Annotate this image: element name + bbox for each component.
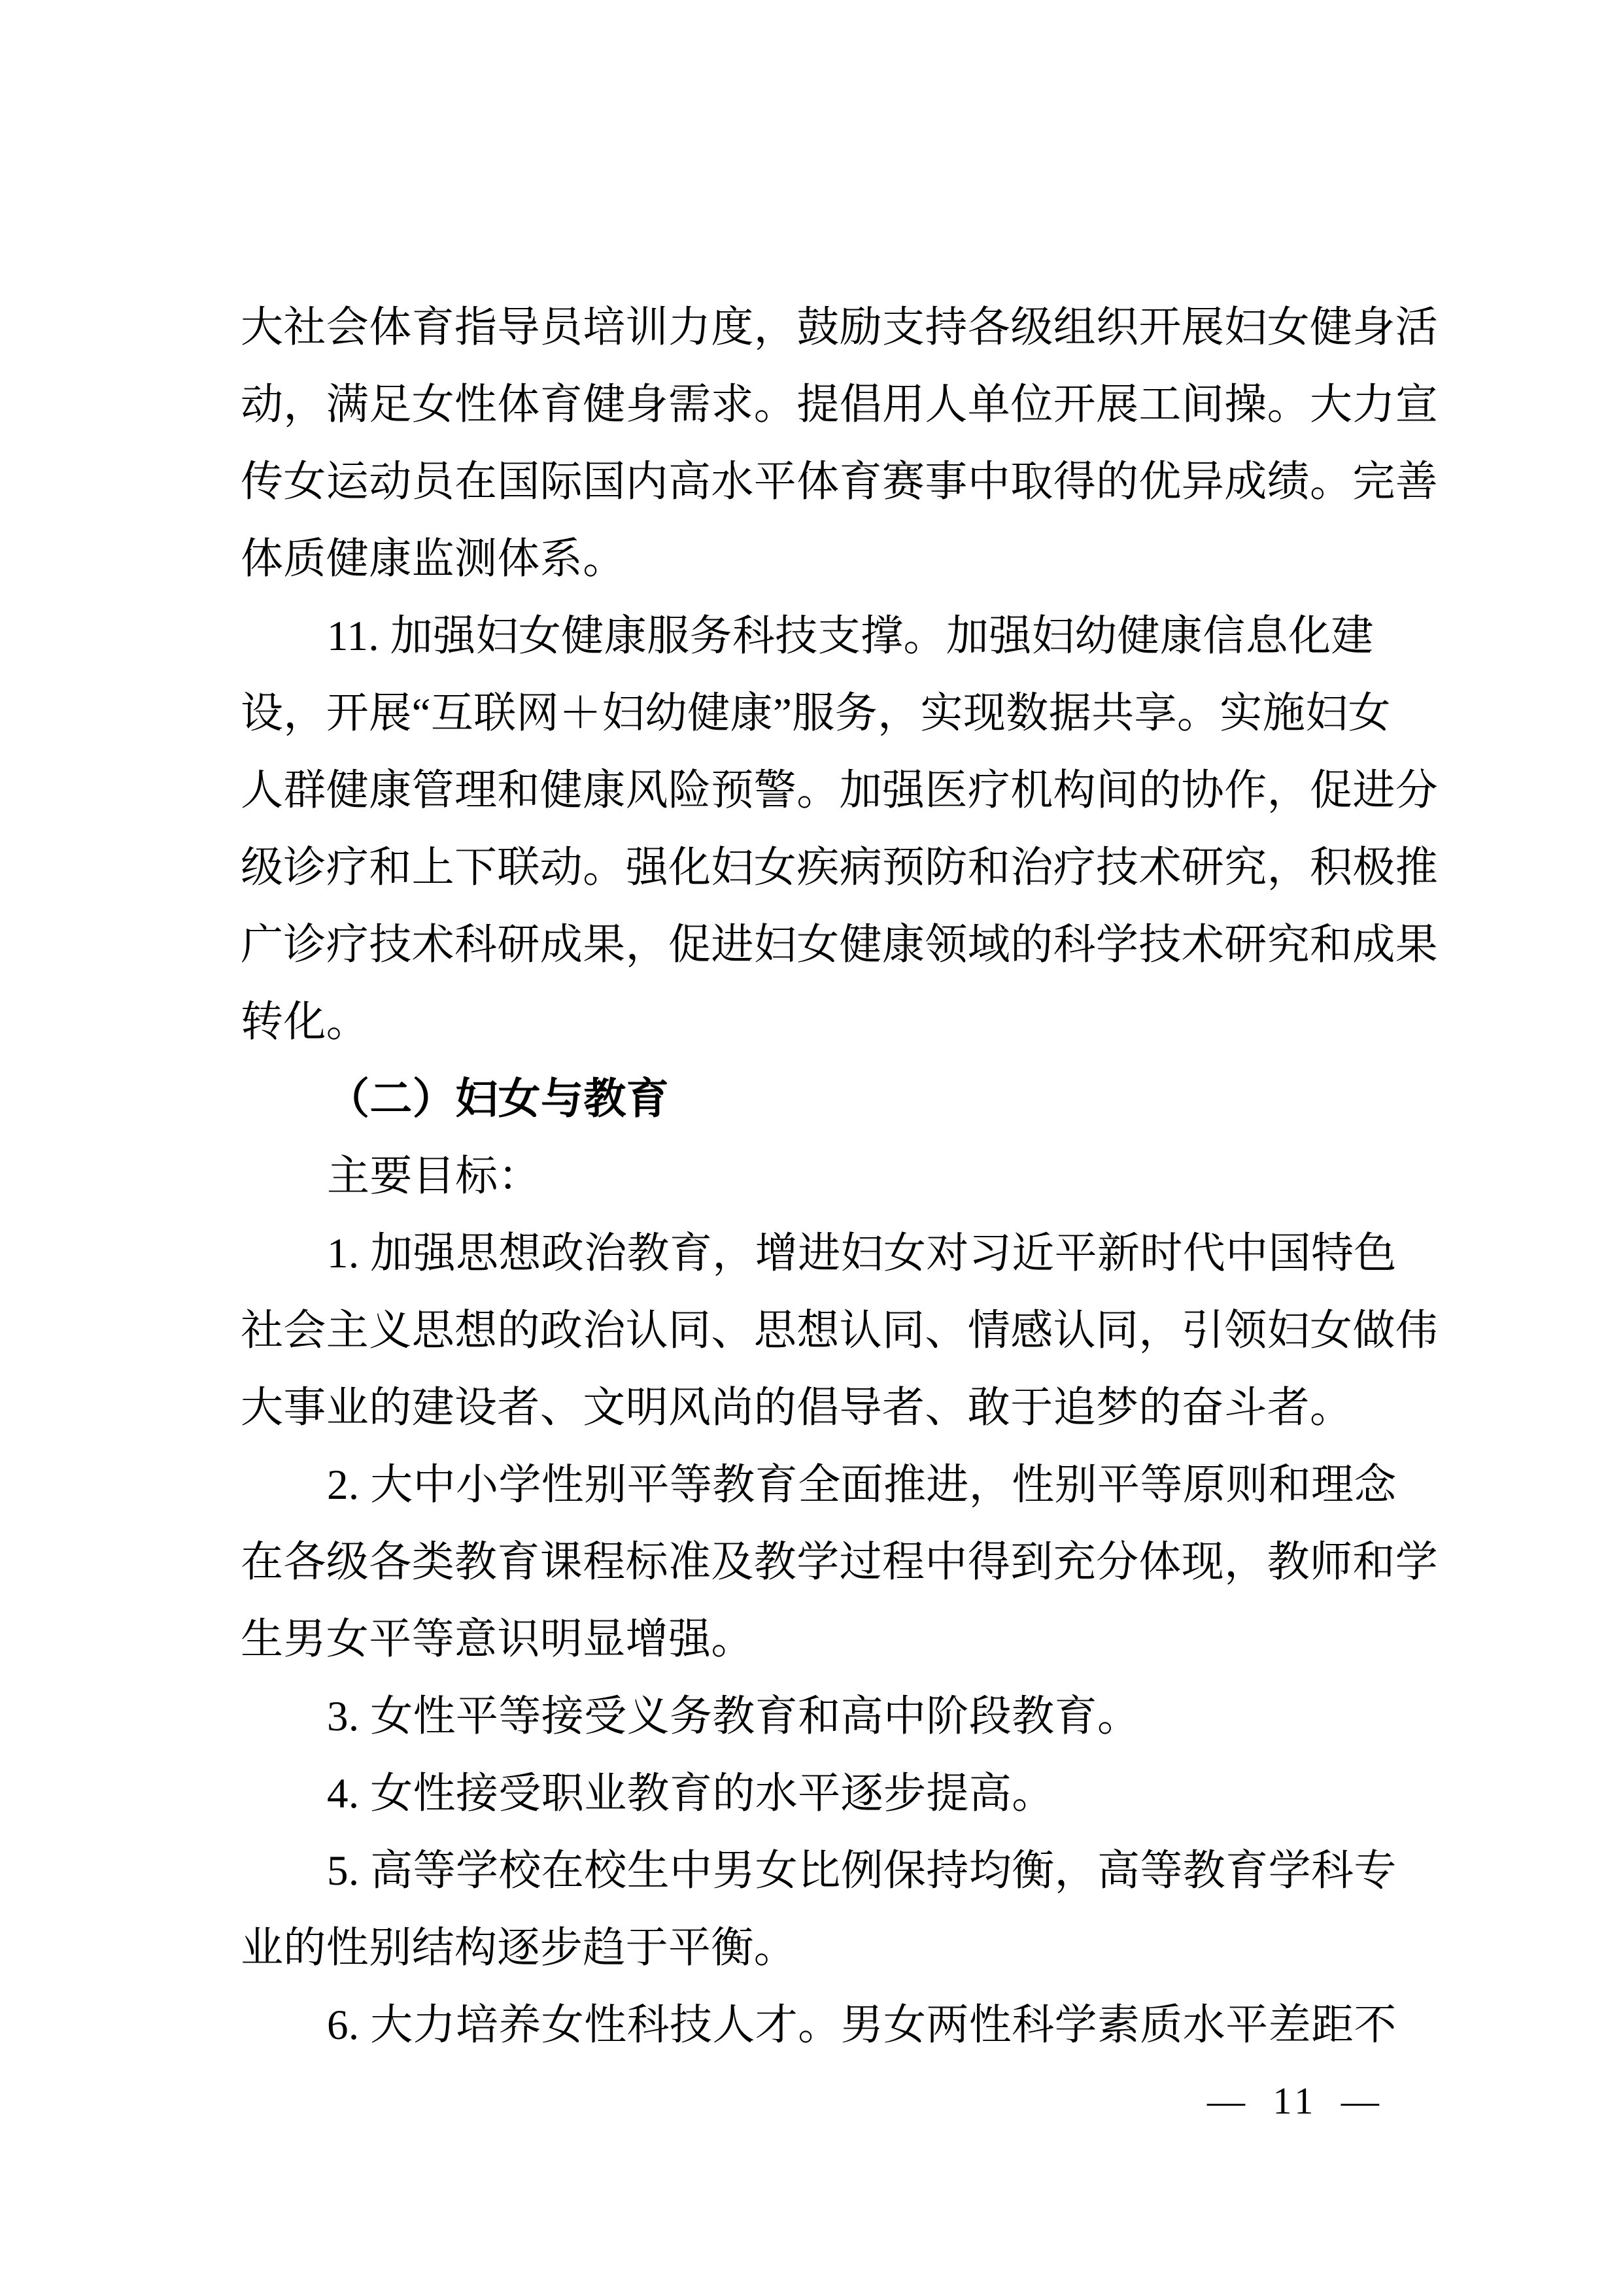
text-line: 业的性别结构逐步趋于平衡。	[241, 1910, 1444, 1987]
text-line: 在各级各类教育课程标准及教学过程中得到充分体现，教师和学	[241, 1524, 1444, 1601]
text-line: 5. 高等学校在校生中男女比例保持均衡，高等教育学科专	[241, 1832, 1444, 1910]
page-number: — 11 —	[1207, 2072, 1383, 2131]
text-line: 大事业的建设者、文明风尚的倡导者、敢于追梦的奋斗者。	[241, 1369, 1444, 1447]
text-line: 11. 加强妇女健康服务科技支撑。加强妇幼健康信息化建	[241, 598, 1444, 675]
text-line: 主要目标：	[241, 1138, 1444, 1215]
text-line: 大社会体育指导员培训力度，鼓励支持各级组织开展妇女健身活	[241, 289, 1444, 366]
text-line: 动，满足女性体育健身需求。提倡用人单位开展工间操。大力宣	[241, 366, 1444, 443]
text-line: 2. 大中小学性别平等教育全面推进，性别平等原则和理念	[241, 1447, 1444, 1524]
text-line: 设，开展“互联网＋妇幼健康”服务，实现数据共享。实施妇女	[241, 675, 1444, 752]
text-line: 转化。	[241, 984, 1444, 1061]
text-line: 社会主义思想的政治认同、思想认同、情感认同，引领妇女做伟	[241, 1292, 1444, 1369]
text-line: 4. 女性接受职业教育的水平逐步提高。	[241, 1755, 1444, 1832]
text-line: 人群健康管理和健康风险预警。加强医疗机构间的协作，促进分	[241, 752, 1444, 829]
text-line: 6. 大力培养女性科技人才。男女两性科学素质水平差距不	[241, 1987, 1444, 2064]
text-line: 3. 女性平等接受义务教育和高中阶段教育。	[241, 1678, 1444, 1755]
document-page: 大社会体育指导员培训力度，鼓励支持各级组织开展妇女健身活动，满足女性体育健身需求…	[0, 0, 1623, 2296]
text-line: 体质健康监测体系。	[241, 521, 1444, 598]
text-line: 生男女平等意识明显增强。	[241, 1601, 1444, 1678]
section-heading: （二）妇女与教育	[241, 1061, 1444, 1138]
text-line: 广诊疗技术科研成果，促进妇女健康领域的科学技术研究和成果	[241, 906, 1444, 984]
text-line: 1. 加强思想政治教育，增进妇女对习近平新时代中国特色	[241, 1215, 1444, 1292]
text-line: 传女运动员在国际国内高水平体育赛事中取得的优异成绩。完善	[241, 443, 1444, 521]
document-body: 大社会体育指导员培训力度，鼓励支持各级组织开展妇女健身活动，满足女性体育健身需求…	[241, 289, 1444, 2064]
text-line: 级诊疗和上下联动。强化妇女疾病预防和治疗技术研究，积极推	[241, 829, 1444, 906]
